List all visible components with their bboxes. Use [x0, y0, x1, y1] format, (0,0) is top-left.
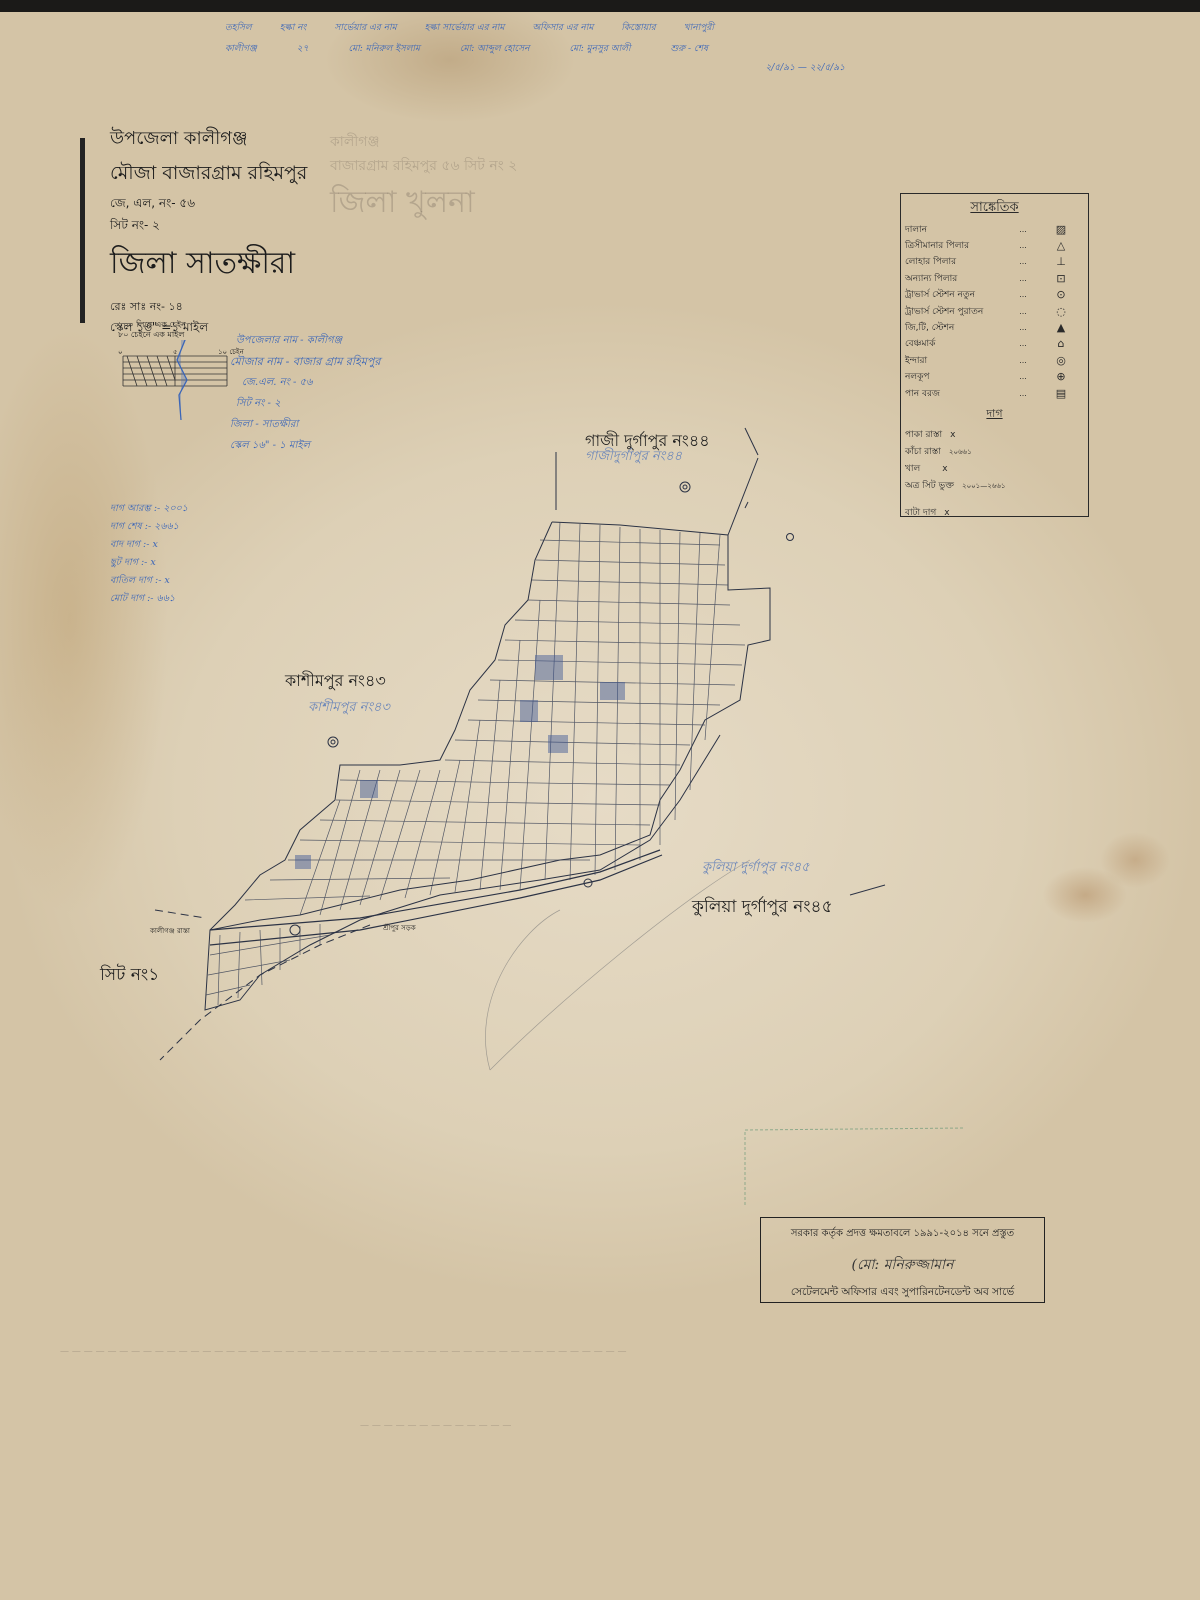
label-road-west: কালীগঞ্জ রাস্তা	[150, 925, 190, 937]
officer-title: সেটেলমেন্ট অফিসার এবং সুপারিনটেনডেন্ট অব…	[761, 1285, 1044, 1302]
faint-bottom-notes: — — — — — — — — — — — — — — — — — — — — …	[60, 1345, 1150, 1545]
officer-signature: (মো: মনিরুজ্জামান	[761, 1253, 1044, 1277]
certification-line: সরকার কর্তৃক প্রদত্ত ক্ষমতাবলে ১৯৯১-২০১৪…	[761, 1226, 1044, 1243]
label-north-neighbor-hand: গাজীদুর্গাপুর নং৪৪	[585, 447, 682, 468]
certification-stamp: সরকার কর্তৃক প্রদত্ত ক্ষমতাবলে ১৯৯১-২০১৪…	[760, 1217, 1045, 1303]
label-west-neighbor-hand: কাশীমপুর নং৪৩	[308, 698, 390, 719]
label-south-neighbor: কুলিয়া দুর্গাপুর নং৪৫	[692, 894, 833, 922]
label-road-south: শ্রীপুর সড়ক	[383, 922, 416, 934]
label-south-neighbor-hand: কুলিয়া দুর্গাপুর নং৪৫	[702, 858, 810, 879]
label-west-neighbor: কাশীমপুর নং৪৩	[285, 668, 386, 695]
label-sheet-1: সিট নং১	[100, 962, 159, 990]
